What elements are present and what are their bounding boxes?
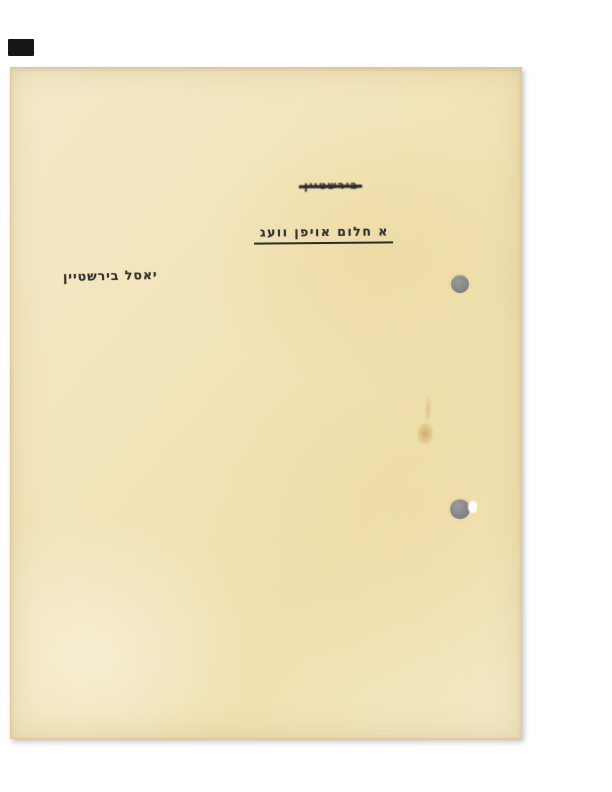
punch-hole-bottom — [450, 499, 470, 519]
scanner-artifact-bar — [8, 39, 34, 56]
author-name: יאסל בירשטיין — [63, 267, 158, 284]
stain-mark — [409, 387, 442, 448]
scan-canvas: בירשטיין א חלום אויפן וועג יאסל בירשטיין — [0, 0, 612, 792]
punch-hole-top — [451, 275, 469, 293]
scanned-page: בירשטיין א חלום אויפן וועג יאסל בירשטיין — [10, 67, 522, 739]
punch-hole-tear — [468, 501, 477, 513]
document-title: א חלום אויפן וועג — [254, 223, 393, 244]
crossed-out-word: בירשטיין — [304, 179, 359, 193]
